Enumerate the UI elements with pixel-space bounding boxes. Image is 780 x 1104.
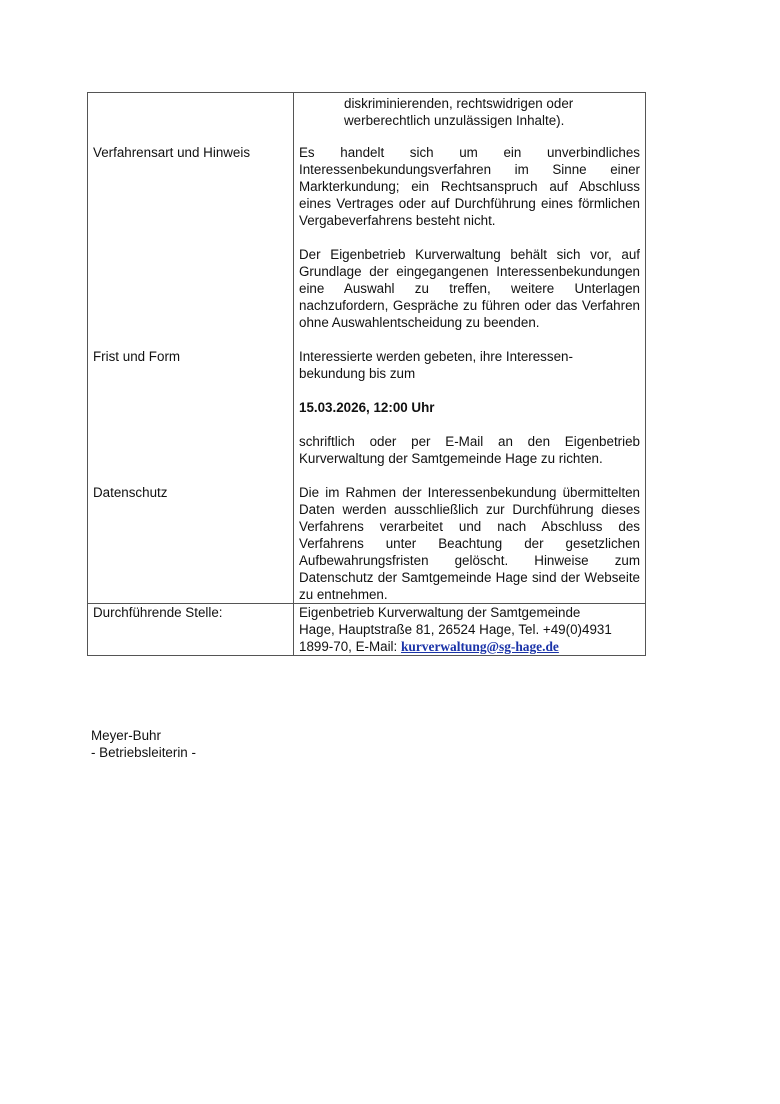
info-table: Verfahrensart und Hinweis Frist und Form…	[87, 92, 646, 656]
label-frist: Frist und Form	[93, 348, 288, 365]
frist-line-2: bekundung bis zum	[299, 365, 640, 382]
label-stelle: Durchführende Stelle:	[93, 604, 288, 621]
content-column: Eigenbetrieb Kurverwaltung der Samtgemei…	[294, 604, 645, 655]
continuation-line-2: werberechtlich unzulässigen Inhalte).	[299, 112, 640, 129]
stelle-line-3: 1899-70, E-Mail: kurverwaltung@sg-hage.d…	[299, 638, 640, 655]
email-link[interactable]: kurverwaltung@sg-hage.de	[401, 639, 559, 654]
deadline: 15.03.2026, 12:00 Uhr	[299, 399, 640, 416]
signature-title: - Betriebsleiterin -	[91, 744, 196, 761]
verfahren-paragraph-1: Es handelt sich um ein unverbindliches I…	[299, 144, 640, 229]
table-row-main: Verfahrensart und Hinweis Frist und Form…	[88, 93, 645, 603]
label-datenschutz: Datenschutz	[93, 484, 288, 501]
continuation-line-1: diskriminierenden, rechtswidrigen oder	[299, 95, 640, 112]
stelle-line-2: Hage, Hauptstraße 81, 26524 Hage, Tel. +…	[299, 621, 640, 638]
verfahren-paragraph-2: Der Eigenbetrieb Kurverwaltung behält si…	[299, 246, 640, 331]
table-row-stelle: Durchführende Stelle: Eigenbetrieb Kurve…	[88, 603, 645, 655]
frist-paragraph-2: schriftlich oder per E-Mail an den Eigen…	[299, 433, 640, 467]
label-verfahrensart: Verfahrensart und Hinweis	[93, 144, 288, 161]
label-column: Verfahrensart und Hinweis Frist und Form…	[88, 93, 294, 603]
datenschutz-paragraph: Die im Rahmen der Interessenbekundung üb…	[299, 484, 640, 603]
stelle-line-1: Eigenbetrieb Kurverwaltung der Samtgemei…	[299, 604, 640, 621]
frist-line-1: Interessierte werden gebeten, ihre Inter…	[299, 348, 640, 365]
content-column: diskriminierenden, rechtswidrigen oder w…	[294, 93, 645, 603]
label-column: Durchführende Stelle:	[88, 604, 294, 655]
signature-block: Meyer-Buhr - Betriebsleiterin -	[91, 727, 196, 761]
signature-name: Meyer-Buhr	[91, 727, 196, 744]
email-prefix: 1899-70, E-Mail:	[299, 639, 401, 654]
